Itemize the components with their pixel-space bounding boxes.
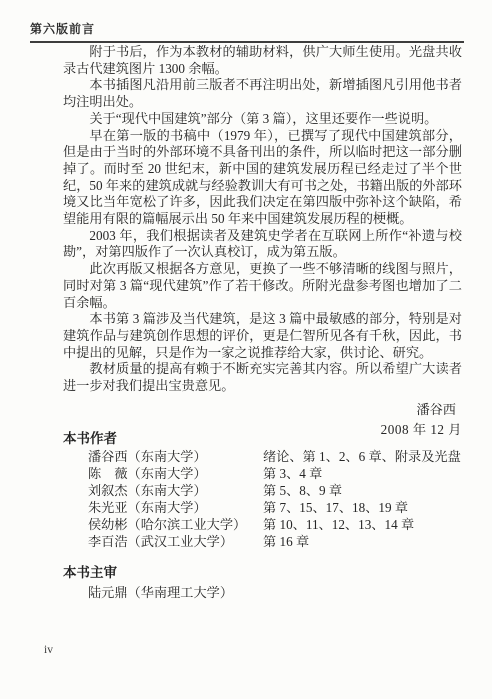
- author-chapters: 绪论、第 1、2、6 章、附录及光盘: [263, 448, 463, 465]
- page-number: iv: [44, 644, 53, 656]
- preface-paragraph-3: 关于“现代中国建筑”部分（第 3 篇），这里还要作一些说明。: [63, 111, 462, 128]
- reviewer-section-heading: 本书主审: [63, 563, 463, 582]
- author-chapters: 第 16 章: [263, 533, 463, 550]
- preface-paragraph-6: 此次再版又根据各方意见，更换了一些不够清晰的线图与照片，同时对第 3 篇“现代建…: [63, 261, 462, 311]
- preface-body: 附于书后，作为本教材的辅助材料，供广大师生使用。光盘共收录古代建筑图片 1300…: [63, 44, 462, 439]
- preface-paragraph-2: 本书插图凡沿用前三版者不再注明出处，新增插图凡引用他书者均注明出处。: [63, 77, 462, 110]
- author-name: 朱光亚（东南大学）: [88, 499, 263, 516]
- author-row: 刘叙杰（东南大学） 第 5、8、9 章: [63, 482, 463, 499]
- running-header-title: 第六版前言: [30, 22, 95, 36]
- authors-section: 本书作者 潘谷西（东南大学） 绪论、第 1、2、6 章、附录及光盘 陈 薇（东南…: [63, 429, 463, 550]
- preface-paragraph-8: 教材质量的提高有赖于不断充实完善其内容。所以希望广大读者进一步对我们提出宝贵意见…: [63, 361, 462, 394]
- author-name: 刘叙杰（东南大学）: [88, 482, 263, 499]
- reviewer-row: 陆元鼎（华南理工大学）: [63, 584, 463, 602]
- author-row: 潘谷西（东南大学） 绪论、第 1、2、6 章、附录及光盘: [63, 448, 463, 465]
- author-chapters: 第 5、8、9 章: [263, 482, 463, 499]
- author-row: 侯幼彬（哈尔滨工业大学） 第 10、11、12、13、14 章: [63, 516, 463, 533]
- preface-paragraph-4: 早在第一版的书稿中（1979 年），已撰写了现代中国建筑部分，但是由于当时的外部…: [63, 128, 462, 228]
- author-name: 侯幼彬（哈尔滨工业大学）: [88, 516, 263, 533]
- author-row: 陈 薇（东南大学） 第 3、4 章: [63, 465, 463, 482]
- author-name: 潘谷西（东南大学）: [88, 448, 263, 465]
- authors-section-heading: 本书作者: [63, 429, 463, 448]
- author-row: 李百浩（武汉工业大学） 第 16 章: [63, 533, 463, 550]
- running-header: 第六版前言: [30, 20, 464, 43]
- book-page: 第六版前言 附于书后，作为本教材的辅助材料，供广大师生使用。光盘共收录古代建筑图…: [0, 0, 492, 699]
- preface-paragraph-5: 2003 年，我们根据读者及建筑史学者在互联网上所作“补遗与校勘”，对第四版作了…: [63, 228, 462, 261]
- preface-paragraph-7: 本书第 3 篇涉及当代建筑，是这 3 篇中最敏感的部分，特别是对建筑作品与建筑创…: [63, 311, 462, 361]
- reviewer-name: 陆元鼎（华南理工大学）: [88, 584, 263, 602]
- author-name: 李百浩（武汉工业大学）: [88, 533, 263, 550]
- signature-name: 潘谷西: [63, 402, 462, 419]
- author-name: 陈 薇（东南大学）: [88, 465, 263, 482]
- reviewer-section: 本书主审 陆元鼎（华南理工大学）: [63, 563, 463, 602]
- author-row: 朱光亚（东南大学） 第 7、15、17、18、19 章: [63, 499, 463, 516]
- author-chapters: 第 3、4 章: [263, 465, 463, 482]
- preface-paragraph-1: 附于书后，作为本教材的辅助材料，供广大师生使用。光盘共收录古代建筑图片 1300…: [63, 44, 462, 77]
- author-chapters: 第 7、15、17、18、19 章: [263, 499, 463, 516]
- author-chapters: 第 10、11、12、13、14 章: [263, 516, 463, 533]
